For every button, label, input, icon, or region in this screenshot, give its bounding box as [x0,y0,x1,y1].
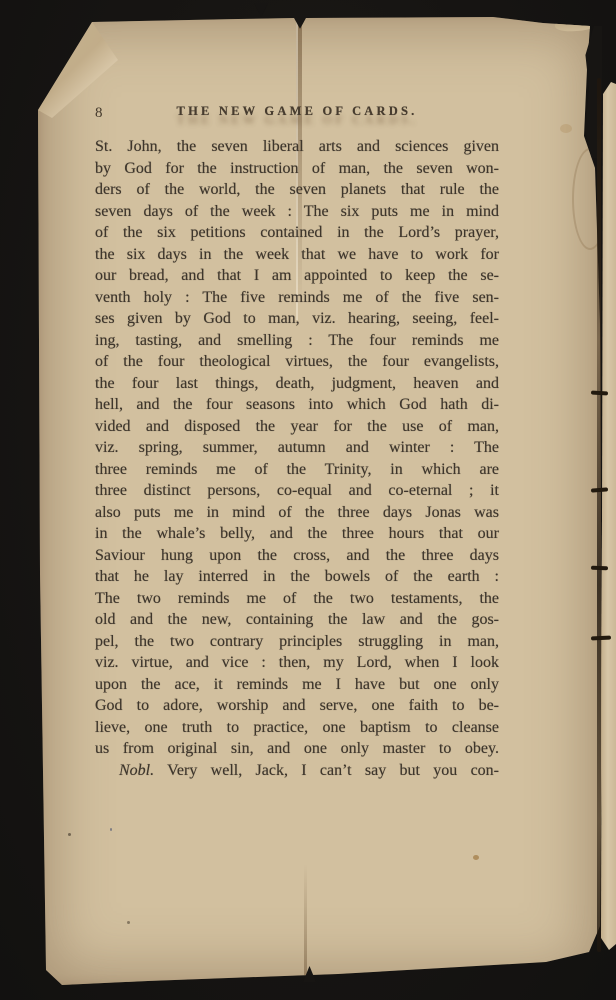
stitch-mark [591,566,608,571]
speaker-name: Nobl. [119,762,154,779]
text-line: that he lay interred in the bowels of th… [95,566,499,588]
text-line: pel, the two contrary principles struggl… [95,631,499,653]
paper-speck [127,921,130,924]
paper-blister [572,148,608,250]
text-line: viz. virtue, and vice : then, my Lord, w… [95,652,499,674]
photo-background: 8 THE NEW GAME OF CARDS. St. John, the s… [0,0,616,1000]
text-line: The two reminds me of the two testaments… [95,588,499,610]
running-header: THE NEW GAME OF CARDS. [95,104,499,119]
paper-stain [560,124,572,133]
text-line: hell, and the four seasons into which Go… [95,394,499,416]
running-head-row: 8 THE NEW GAME OF CARDS. [95,104,499,122]
book-page: 8 THE NEW GAME OF CARDS. St. John, the s… [38,14,602,986]
text-line: old and the new, containing the law and … [95,609,499,631]
paper-speck [110,828,112,831]
text-line: of the six petitions contained in the Lo… [95,222,499,244]
top-right-curl [555,17,598,33]
text-line: upon the ace, it reminds me I have but o… [95,674,499,696]
text-line: ses given by God to man, viz. hearing, s… [95,308,499,330]
text-line: lieve, one truth to practice, one baptis… [95,717,499,739]
text-line: also puts me in mind of the three days J… [95,502,499,524]
page-text: St. John, the seven liberal arts and sci… [95,136,499,781]
dog-ear-crease [45,0,110,38]
text-line: Nobl. Very well, Jack, I can’t say but y… [95,760,499,782]
text-line: vided and disposed the year for the use … [95,416,499,438]
text-line: the six days in the week that we have to… [95,244,499,266]
text-line: God to adore, worship and serve, one fai… [95,695,499,717]
paper-stain [473,855,479,860]
text-line: of the four theological virtues, the fou… [95,351,499,373]
text-line: by God for the instruction of man, the s… [95,158,499,180]
text-line: the four last things, death, judgment, h… [95,373,499,395]
binding-crevice [597,78,601,952]
text-line: three distinct persons, co-equal and co-… [95,480,499,502]
top-edge-notch [254,3,268,17]
text-line: three reminds me of the Trinity, in whic… [95,459,499,481]
text-line: ing, tasting, and smelling : The four re… [95,330,499,352]
stitch-mark [591,391,608,396]
text-line: seven days of the week : The six puts me… [95,201,499,223]
text-line: venth holy : The five reminds me of the … [95,287,499,309]
text-line: in the whale’s belly, and the three hour… [95,523,499,545]
text-line: ders of the world, the seven planets tha… [95,179,499,201]
text-line: viz. spring, summer, autumn and winter :… [95,437,499,459]
text-line: Saviour hung upon the cross, and the thr… [95,545,499,567]
text-line: us from original sin, and one only maste… [95,738,499,760]
page-number: 8 [95,105,104,122]
text-line: St. John, the seven liberal arts and sci… [95,136,499,158]
next-page-edge [601,82,616,950]
bottom-crease [304,864,307,976]
paper-speck [68,833,71,836]
text-line: our bread, and that I am appointed to ke… [95,265,499,287]
